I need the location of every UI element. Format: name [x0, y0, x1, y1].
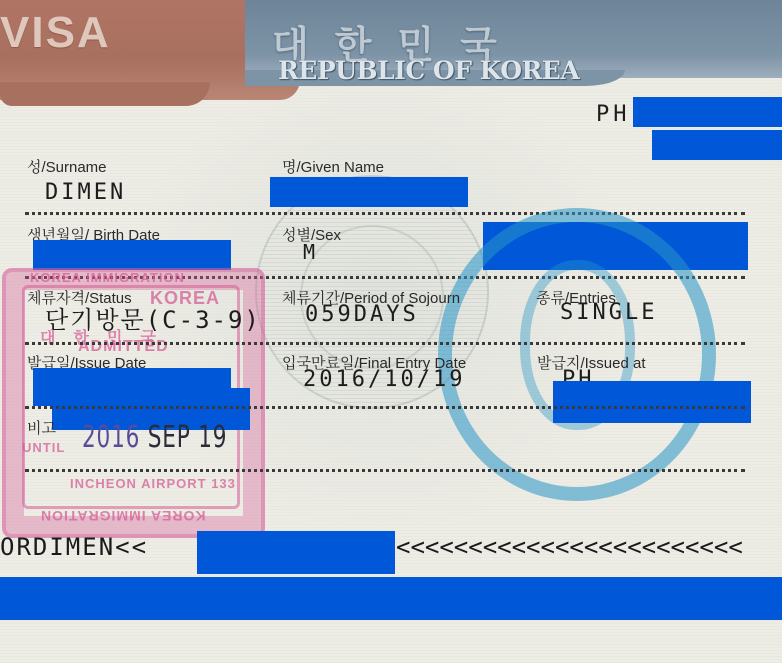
- divider-row-3: [25, 342, 745, 345]
- redaction-document-number: [633, 97, 782, 127]
- final-entry-date-value: 2016/10/19: [303, 367, 465, 392]
- mrz-line-1-filler: <<<<<<<<<<<<<<<<<<<<<<<<: [396, 533, 743, 561]
- redaction-issued-at: [553, 381, 751, 423]
- entry-stamp-bottom-text: KOREA IMMIGRATION: [40, 508, 206, 524]
- header-band-red-wave: [0, 82, 210, 106]
- redaction-birth-date: [33, 240, 231, 270]
- redaction-given-name: [270, 177, 468, 207]
- redaction-mrz-line-2: [0, 577, 782, 620]
- entry-stamp-date-year: 2016: [82, 420, 140, 455]
- entry-stamp-until: UNTIL: [22, 440, 65, 455]
- surname-value: DIMEN: [45, 180, 126, 205]
- entry-stamp-date: 2016 SEP 19: [82, 420, 227, 455]
- sex-value: M: [303, 240, 318, 264]
- divider-row-1: [25, 212, 745, 215]
- period-of-sojourn-value: 059DAYS: [305, 302, 419, 327]
- redaction-document-number-2: [652, 130, 782, 160]
- entry-stamp-top-text: KOREA IMMIGRATION: [30, 270, 185, 285]
- remarks-label: 비고: [27, 417, 56, 438]
- divider-row-5: [25, 469, 745, 472]
- redaction-mrz-name: [197, 531, 395, 574]
- status-value: 단기방문(C-3-9): [45, 300, 261, 335]
- given-name-label: 명/Given Name: [282, 156, 384, 177]
- surname-label: 성/Surname: [27, 156, 107, 177]
- country-name-english: REPUBLIC OF KOREA: [278, 56, 579, 85]
- entry-stamp-date-month-day: SEP 19: [148, 420, 228, 455]
- entries-value: SINGLE: [560, 300, 657, 325]
- divider-row-4: [25, 406, 745, 409]
- document-number-prefix: PH: [596, 102, 631, 127]
- entry-stamp-port: INCHEON AIRPORT 133: [70, 476, 236, 491]
- visa-document: VISA 대한민국 REPUBLIC OF KOREA PH 성/Surname…: [0, 0, 782, 663]
- visa-title: VISA: [0, 8, 111, 58]
- mrz-line-1: ORDIMEN<<: [0, 533, 148, 561]
